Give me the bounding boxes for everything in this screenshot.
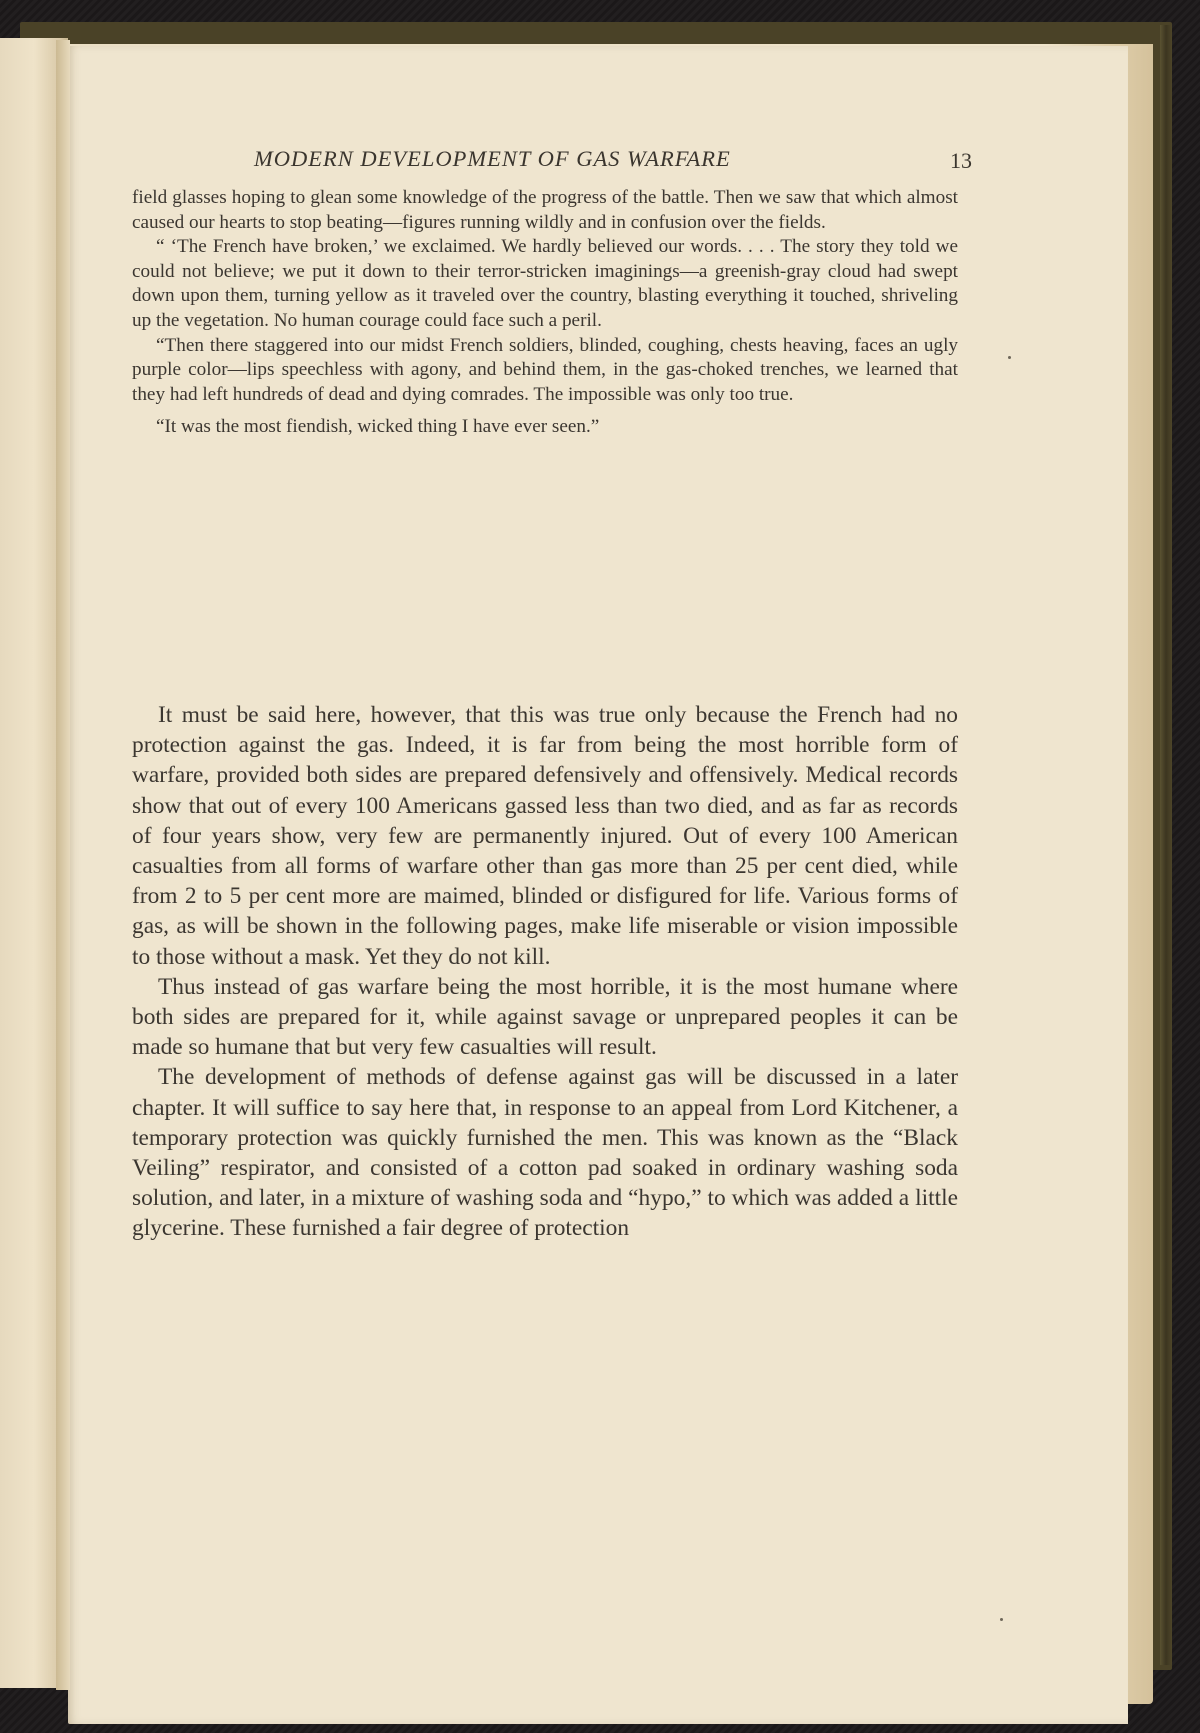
quote-paragraph-2: “ ‘The French have broken,’ we exclaimed… <box>132 235 958 333</box>
quote-paragraph-1: field glasses hoping to glean some knowl… <box>132 186 958 235</box>
running-head: MODERN DEVELOPMENT OF GAS WARFARE <box>254 146 731 172</box>
quoted-passage: field glasses hoping to glean some knowl… <box>132 186 958 440</box>
book-cover-edge <box>1160 25 1172 1665</box>
quote-paragraph-3: “Then there staggered into our midst Fre… <box>132 334 958 408</box>
paper-speck <box>1008 356 1011 359</box>
body-paragraph-3: The development of methods of defense ag… <box>132 1062 958 1243</box>
body-text: It must be said here, however, that this… <box>132 700 958 1244</box>
page-number: 13 <box>950 148 972 174</box>
body-paragraph-1: It must be said here, however, that this… <box>132 700 958 972</box>
book-gutter <box>56 40 70 1690</box>
body-paragraph-2: Thus instead of gas warfare being the mo… <box>132 972 958 1063</box>
paper-speck <box>1000 1618 1003 1621</box>
quote-paragraph-4: “It was the most fiendish, wicked thing … <box>132 415 958 440</box>
